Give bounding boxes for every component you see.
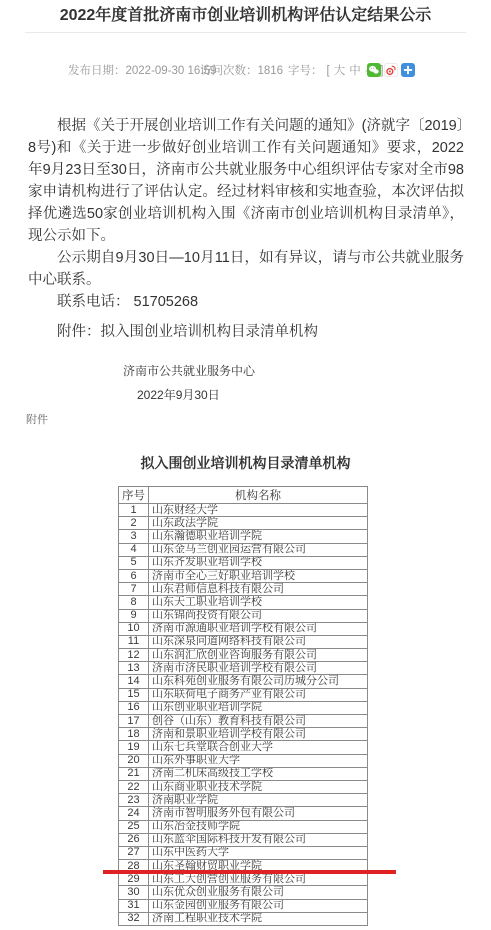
paragraph-basis: 根据《关于开展创业培训工作有关问题的通知》(济就字〔2019〕8号)和《关于进一…	[28, 115, 464, 247]
table-row: 12山东润汇欣创业咨询服务有限公司	[119, 649, 368, 662]
table-row: 14山东科苑创业服务有限公司历城分公司	[119, 675, 368, 688]
table-header-row: 序号 机构名称	[119, 487, 368, 504]
contact-phone-line: 联系电话： 51705268	[28, 291, 464, 313]
row-serial-number: 7	[119, 583, 149, 596]
table-row: 22山东商业职业技术学院	[119, 780, 368, 793]
table-row: 21济南二机床高级技工学校	[119, 767, 368, 780]
row-institution-name: 山东冶金技师学院	[149, 820, 368, 833]
row-institution-name: 山东金园创业服务有限公司	[149, 899, 368, 912]
row-serial-number: 23	[119, 794, 149, 807]
signature-date: 2022年9月30日	[0, 383, 491, 407]
weibo-share-icon[interactable]	[384, 63, 398, 77]
row-serial-number: 9	[119, 609, 149, 622]
table-row: 30山东优众创业服务有限公司	[119, 886, 368, 899]
row-institution-name: 济南工程职业技术学院	[149, 912, 368, 925]
signature-organization: 济南市公共就业服务中心	[0, 359, 491, 383]
row-serial-number: 21	[119, 767, 149, 780]
table-row: 13济南市济民职业培训学校有限公司	[119, 662, 368, 675]
row-institution-name: 济南和景职业培训学校有限公司	[149, 728, 368, 741]
row-institution-name: 山东润汇欣创业咨询服务有限公司	[149, 649, 368, 662]
row-institution-name: 山东七兵堂联合创业大学	[149, 741, 368, 754]
table-row: 1山东财经大学	[119, 504, 368, 517]
table-row: 6济南市全心三好职业培训学校	[119, 569, 368, 582]
row-serial-number: 31	[119, 899, 149, 912]
institutions-table-container: 序号 机构名称 1山东财经大学2山东政法学院3山东瀚德职业培训学院4山东金马兰创…	[118, 486, 368, 926]
table-row: 31山东金园创业服务有限公司	[119, 899, 368, 912]
font-size-medium-button[interactable]: 中	[349, 63, 361, 79]
row-institution-name: 山东蓝伞国际科技开发有限公司	[149, 833, 368, 846]
visit-count-label: 访问次数：	[200, 65, 258, 77]
table-row: 15山东联荷电子商务产业有限公司	[119, 688, 368, 701]
row-serial-number: 1	[119, 504, 149, 517]
row-institution-name: 济南二机床高级技工学校	[149, 767, 368, 780]
row-institution-name: 山东金马兰创业园运营有限公司	[149, 543, 368, 556]
row-serial-number: 15	[119, 688, 149, 701]
table-row: 23济南职业学院	[119, 794, 368, 807]
attachment-reference-line: 附件：拟入围创业培训机构目录清单机构	[28, 321, 464, 343]
row-institution-name: 济南市源通职业培训学校有限公司	[149, 622, 368, 635]
row-serial-number: 10	[119, 622, 149, 635]
row-serial-number: 26	[119, 833, 149, 846]
table-row: 18济南和景职业培训学校有限公司	[119, 728, 368, 741]
row-serial-number: 29	[119, 873, 149, 886]
table-row: 9山东锦尚投资有限公司	[119, 609, 368, 622]
row-institution-name: 山东创业职业培训学院	[149, 701, 368, 714]
font-size-bracket-open: [	[327, 63, 330, 79]
announcement-page: 2022年度首批济南市创业培训机构评估认定结果公示 发布日期：2022-09-3…	[0, 0, 491, 930]
row-serial-number: 17	[119, 715, 149, 728]
row-serial-number: 19	[119, 741, 149, 754]
row-institution-name: 济南市济民职业培训学校有限公司	[149, 662, 368, 675]
row-serial-number: 24	[119, 807, 149, 820]
row-serial-number: 20	[119, 754, 149, 767]
row-serial-number: 5	[119, 556, 149, 569]
highlight-underline	[103, 870, 396, 874]
table-row: 26山东蓝伞国际科技开发有限公司	[119, 833, 368, 846]
article-body: 根据《关于开展创业培训工作有关问题的通知》(济就字〔2019〕8号)和《关于进一…	[28, 115, 464, 343]
institutions-table: 序号 机构名称 1山东财经大学2山东政法学院3山东瀚德职业培训学院4山东金马兰创…	[118, 486, 368, 926]
table-row: 20山东外事职业大学	[119, 754, 368, 767]
row-institution-name: 山东外事职业大学	[149, 754, 368, 767]
row-serial-number: 16	[119, 701, 149, 714]
row-institution-name: 山东政法学院	[149, 517, 368, 530]
row-institution-name: 济南市全心三好职业培训学校	[149, 569, 368, 582]
page-title: 2022年度首批济南市创业培训机构评估认定结果公示	[0, 0, 491, 26]
row-serial-number: 25	[119, 820, 149, 833]
attachment-section-label: 附件	[26, 413, 491, 427]
row-serial-number: 8	[119, 596, 149, 609]
header-institution-name: 机构名称	[149, 487, 368, 504]
title-divider	[25, 32, 466, 33]
row-serial-number: 12	[119, 649, 149, 662]
row-institution-name: 创谷（山东）教育科技有限公司	[149, 715, 368, 728]
row-institution-name: 山东财经大学	[149, 504, 368, 517]
row-serial-number: 11	[119, 635, 149, 648]
row-serial-number: 13	[119, 662, 149, 675]
row-institution-name: 山东深泉问道网络科技有限公司	[149, 635, 368, 648]
table-row: 10济南市源通职业培训学校有限公司	[119, 622, 368, 635]
table-row: 24济南市智明服务外包有限公司	[119, 807, 368, 820]
visit-count: 访问次数：1816	[200, 63, 283, 79]
row-serial-number: 2	[119, 517, 149, 530]
table-row: 19山东七兵堂联合创业大学	[119, 741, 368, 754]
row-institution-name: 山东工大创营创业服务有限公司	[149, 873, 368, 886]
table-row: 7山东君师信息科技有限公司	[119, 583, 368, 596]
table-row: 17创谷（山东）教育科技有限公司	[119, 715, 368, 728]
row-serial-number: 4	[119, 543, 149, 556]
table-row: 3山东瀚德职业培训学院	[119, 530, 368, 543]
row-serial-number: 6	[119, 569, 149, 582]
row-serial-number: 27	[119, 846, 149, 859]
table-row: 4山东金马兰创业园运营有限公司	[119, 543, 368, 556]
row-institution-name: 济南市智明服务外包有限公司	[149, 807, 368, 820]
table-row: 29山东工大创营创业服务有限公司	[119, 873, 368, 886]
row-serial-number: 14	[119, 675, 149, 688]
table-row: 11山东深泉问道网络科技有限公司	[119, 635, 368, 648]
font-size-label: 字号：	[288, 63, 323, 79]
row-institution-name: 山东商业职业技术学院	[149, 780, 368, 793]
row-institution-name: 济南职业学院	[149, 794, 368, 807]
paragraph-public-period: 公示期自9月30日—10月11日，如有异议，请与市公共就业服务中心联系。	[28, 247, 464, 291]
table-row: 32济南工程职业技术学院	[119, 912, 368, 925]
publish-date: 发布日期：2022-09-30 16:59	[68, 63, 216, 79]
share-icons	[367, 63, 415, 77]
table-row: 8山东天工职业培训学校	[119, 596, 368, 609]
row-institution-name: 山东瀚德职业培训学院	[149, 530, 368, 543]
row-institution-name: 山东中医药大学	[149, 846, 368, 859]
table-row: 16山东创业职业培训学院	[119, 701, 368, 714]
signature-block: 济南市公共就业服务中心 2022年9月30日	[0, 359, 491, 407]
wechat-share-icon[interactable]	[367, 63, 381, 77]
more-share-icon[interactable]	[401, 63, 415, 77]
table-title: 拟入围创业培训机构目录清单机构	[0, 453, 491, 473]
publish-date-label: 发布日期：	[68, 65, 126, 77]
row-institution-name: 山东联荷电子商务产业有限公司	[149, 688, 368, 701]
row-institution-name: 山东君师信息科技有限公司	[149, 583, 368, 596]
table-row: 25山东冶金技师学院	[119, 820, 368, 833]
row-serial-number: 3	[119, 530, 149, 543]
header-serial-number: 序号	[119, 487, 149, 504]
meta-bar: 发布日期：2022-09-30 16:59 访问次数：1816 字号：[ 大 中…	[0, 63, 491, 79]
table-row: 27山东中医药大学	[119, 846, 368, 859]
table-row: 5山东齐发职业培训学校	[119, 556, 368, 569]
row-serial-number: 22	[119, 780, 149, 793]
table-row: 2山东政法学院	[119, 517, 368, 530]
row-institution-name: 山东优众创业服务有限公司	[149, 886, 368, 899]
row-serial-number: 30	[119, 886, 149, 899]
row-institution-name: 山东科苑创业服务有限公司历城分公司	[149, 675, 368, 688]
row-institution-name: 山东天工职业培训学校	[149, 596, 368, 609]
row-institution-name: 山东锦尚投资有限公司	[149, 609, 368, 622]
font-size-large-button[interactable]: 大	[334, 63, 346, 79]
visit-count-value: 1816	[258, 65, 284, 77]
row-institution-name: 山东齐发职业培训学校	[149, 556, 368, 569]
row-serial-number: 18	[119, 728, 149, 741]
row-serial-number: 32	[119, 912, 149, 925]
